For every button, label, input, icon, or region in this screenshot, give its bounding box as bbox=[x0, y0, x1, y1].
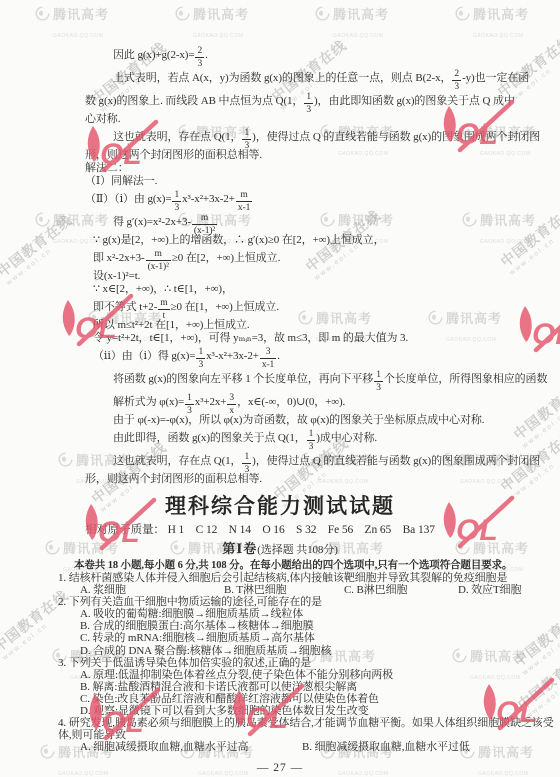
fraction: 3x-1 bbox=[260, 347, 276, 370]
answer-option: B. 细胞减缓摄取血糖,血糖水平过低 bbox=[302, 741, 470, 753]
solution-line: 形，则这两个封闭图形的面积总相等. bbox=[85, 473, 546, 486]
exam-section: 理科综合能力测试试题 相对原子质量： H 1 C 12 N 14 O 16 S … bbox=[0, 486, 560, 753]
fraction: 13 bbox=[172, 190, 181, 213]
exam-instructions: 本卷共 18 小题,每小题 6 分,共 108 分。在每小题给出的四个选项中,只… bbox=[0, 559, 560, 572]
solution-line: （Ⅱ）（ⅰ）由 g(x)=13x³-x²+3x-2+mx-1 bbox=[85, 188, 546, 211]
solution-line: 将函数 g(x)的图象向左平移 1 个长度单位，再向下平移13个长度单位，所得图… bbox=[85, 368, 546, 391]
question-stem: 4. 研究发现,胰岛素必须与细胞膜上的胰岛素受体结合,才能调节血糖平衡。如果人体… bbox=[58, 717, 552, 729]
answer-option: A. 吸收的葡萄糖:细胞膜→细胞质基质→线粒体 bbox=[58, 608, 552, 620]
answer-option: B. 合成的细胞膜蛋白:高尔基体→核糖体→细胞膜 bbox=[58, 620, 552, 632]
fraction: 13 bbox=[196, 347, 205, 370]
questions-list: 1. 结核杆菌感染人体并侵入细胞后会引起结核病,体内接触该靶细胞并导致其裂解的免… bbox=[0, 572, 560, 753]
fraction: 13 bbox=[242, 128, 251, 151]
solution-line: 设(x-1)²=t. bbox=[85, 270, 546, 283]
question-stem-continued: 体,则可能导致 bbox=[58, 729, 552, 741]
answer-option: D. 合成的 DNA 聚合酶:核糖体→细胞质基质→细胞核 bbox=[58, 645, 552, 657]
page-content: 因此 g(x)+g(2-x)=23.上式表明，若点 A(x，y)为函数 g(x)… bbox=[0, 0, 560, 774]
solution-line: 这也就表明，存在点 Q(1，13)，使得过点 Q 的直线若能与函数 g(x)的图… bbox=[85, 450, 546, 473]
answer-option: D. 效应T细胞 bbox=[458, 584, 521, 596]
solution-line: 由此即得，函数 g(x)的图象关于点 Q(1，13)成中心对称. bbox=[85, 427, 546, 450]
solution-line: 即不等式 t+2-mt≥0 在[1，+∞)上恒成立. bbox=[85, 296, 546, 319]
answer-option: A. 原理:低温抑制染色体着丝点分裂,使子染色体不能分别移向两极 bbox=[58, 669, 552, 681]
section-heading: 第Ⅰ卷(选择题 共108分) bbox=[0, 540, 560, 559]
scanned-exam-page: 腾讯高考GAOKAO.QQ.COM腾讯高考GAOKAO.QQ.COM腾讯高考GA… bbox=[0, 0, 560, 777]
answer-option: A. 细胞减缓摄取血糖,血糖水平过高 bbox=[80, 741, 302, 753]
fraction: 13 bbox=[185, 393, 194, 416]
solution-line: 形，则这两个封闭图形的面积总相等. bbox=[85, 149, 546, 162]
answer-option: A. 浆细胞 bbox=[80, 584, 224, 596]
solution-line: （Ⅰ）同解法一. bbox=[85, 175, 546, 188]
fraction: 13 bbox=[242, 452, 251, 475]
solution-line: 解法二： bbox=[85, 162, 546, 175]
section-subtitle: (选择题 共108分) bbox=[257, 544, 337, 556]
fraction: m(x-1)² bbox=[192, 213, 217, 236]
question-stem: 3. 下列关于低温诱导染色体加倍实验的叙述,正确的是 bbox=[58, 657, 552, 669]
atomic-mass-line: 相对原子质量： H 1 C 12 N 14 O 16 S 32 Fe 56 Zn… bbox=[0, 520, 560, 540]
solution-line: ∵ x∈[2，+∞)，∴ t∈[1，+∞)， bbox=[85, 283, 546, 296]
solution-line: 数 g(x)的图象上. 而线段 AB 中点恒为点 Q(1，13)，由此即知函数 … bbox=[85, 90, 546, 113]
solution-line: 上式表明，若点 A(x，y)为函数 g(x)的图象上的任意一点，则点 B(2-x… bbox=[85, 67, 546, 90]
solution-line: 令 y=t²+2t，t∈[1，+∞)，可得 yₘᵢₙ=3，故 m≤3，即 m 的… bbox=[85, 332, 546, 345]
solution-line: 所以 m≤t²+2t 在[1，+∞)上恒成立. bbox=[85, 319, 546, 332]
solution-line: 因此 g(x)+g(2-x)=23. bbox=[85, 44, 546, 67]
solution-line: 由于 φ(-x)=-φ(x)，所以 φ(x)为奇函数，故 φ(x)的图象关于坐标… bbox=[85, 414, 546, 427]
answer-options-row: A. 细胞减缓摄取血糖,血糖水平过高B. 细胞减缓摄取血糖,血糖水平过低 bbox=[58, 741, 552, 753]
page-number: — 27 — bbox=[0, 762, 560, 774]
fraction: 23 bbox=[195, 46, 204, 69]
fraction: mx-1 bbox=[236, 190, 252, 213]
fraction: 13 bbox=[374, 370, 383, 393]
answer-option: B. 解离:盐酸酒精混合液和卡诺氏液都可以使洋葱根尖解离 bbox=[58, 681, 552, 693]
answer-option: C. 染色:改良苯酚品红溶液和醋酸洋红溶液都可以使染色体着色 bbox=[58, 693, 552, 705]
fraction: 13 bbox=[307, 429, 316, 452]
fraction: 13 bbox=[304, 92, 313, 115]
question-stem: 1. 结核杆菌感染人体并侵入细胞后会引起结核病,体内接触该靶细胞并导致其裂解的免… bbox=[58, 572, 552, 584]
answer-option: B. T淋巴细胞 bbox=[224, 584, 344, 596]
math-solution-section: 因此 g(x)+g(2-x)=23.上式表明，若点 A(x，y)为函数 g(x)… bbox=[0, 0, 560, 486]
solution-line: 得 g′(x)=x²-2x+3-m(x-1)² bbox=[85, 211, 546, 234]
answer-option: D. 观察:显微镜下可以看到大多数细胞的染色体数目发生改变 bbox=[58, 705, 552, 717]
section-name: 第Ⅰ卷 bbox=[222, 541, 257, 556]
solution-line: 即 x²-2x+3-m(x-1)²≥0 在[2，+∞)上恒成立. bbox=[85, 247, 546, 270]
solution-line: （ⅱ）由（ⅰ）得 g(x)=13x³-x²+3x-2+3x-1. bbox=[85, 345, 546, 368]
solution-line: 心对称. bbox=[85, 113, 546, 126]
fraction: 23 bbox=[452, 69, 461, 92]
fraction: mt bbox=[158, 298, 169, 321]
fraction: 3x bbox=[227, 393, 236, 416]
solution-line: ∵ g(x)是[2，+∞)上的增函数，∴ g′(x)≥0 在[2，+∞)上恒成立… bbox=[85, 234, 546, 247]
solution-line: 这也就表明，存在点 Q(1，13)，使得过点 Q 的直线若能与函数 g(x)的图… bbox=[85, 126, 546, 149]
question-stem: 2. 下列有关造血干细胞中物质运输的途径,可能存在的是 bbox=[58, 596, 552, 608]
exam-title: 理科综合能力测试试题 bbox=[0, 494, 560, 520]
answer-option: C. 转录的 mRNA:细胞核→细胞质基质→高尔基体 bbox=[58, 632, 552, 644]
solution-line: 解析式为 φ(x)=13x³+2x+3x，x∈(-∞，0)∪(0，+∞). bbox=[85, 391, 546, 414]
answer-options-row: A. 浆细胞B. T淋巴细胞C. B淋巴细胞D. 效应T细胞 bbox=[58, 584, 552, 596]
answer-option: C. B淋巴细胞 bbox=[344, 584, 458, 596]
fraction: m(x-1)² bbox=[146, 249, 171, 272]
